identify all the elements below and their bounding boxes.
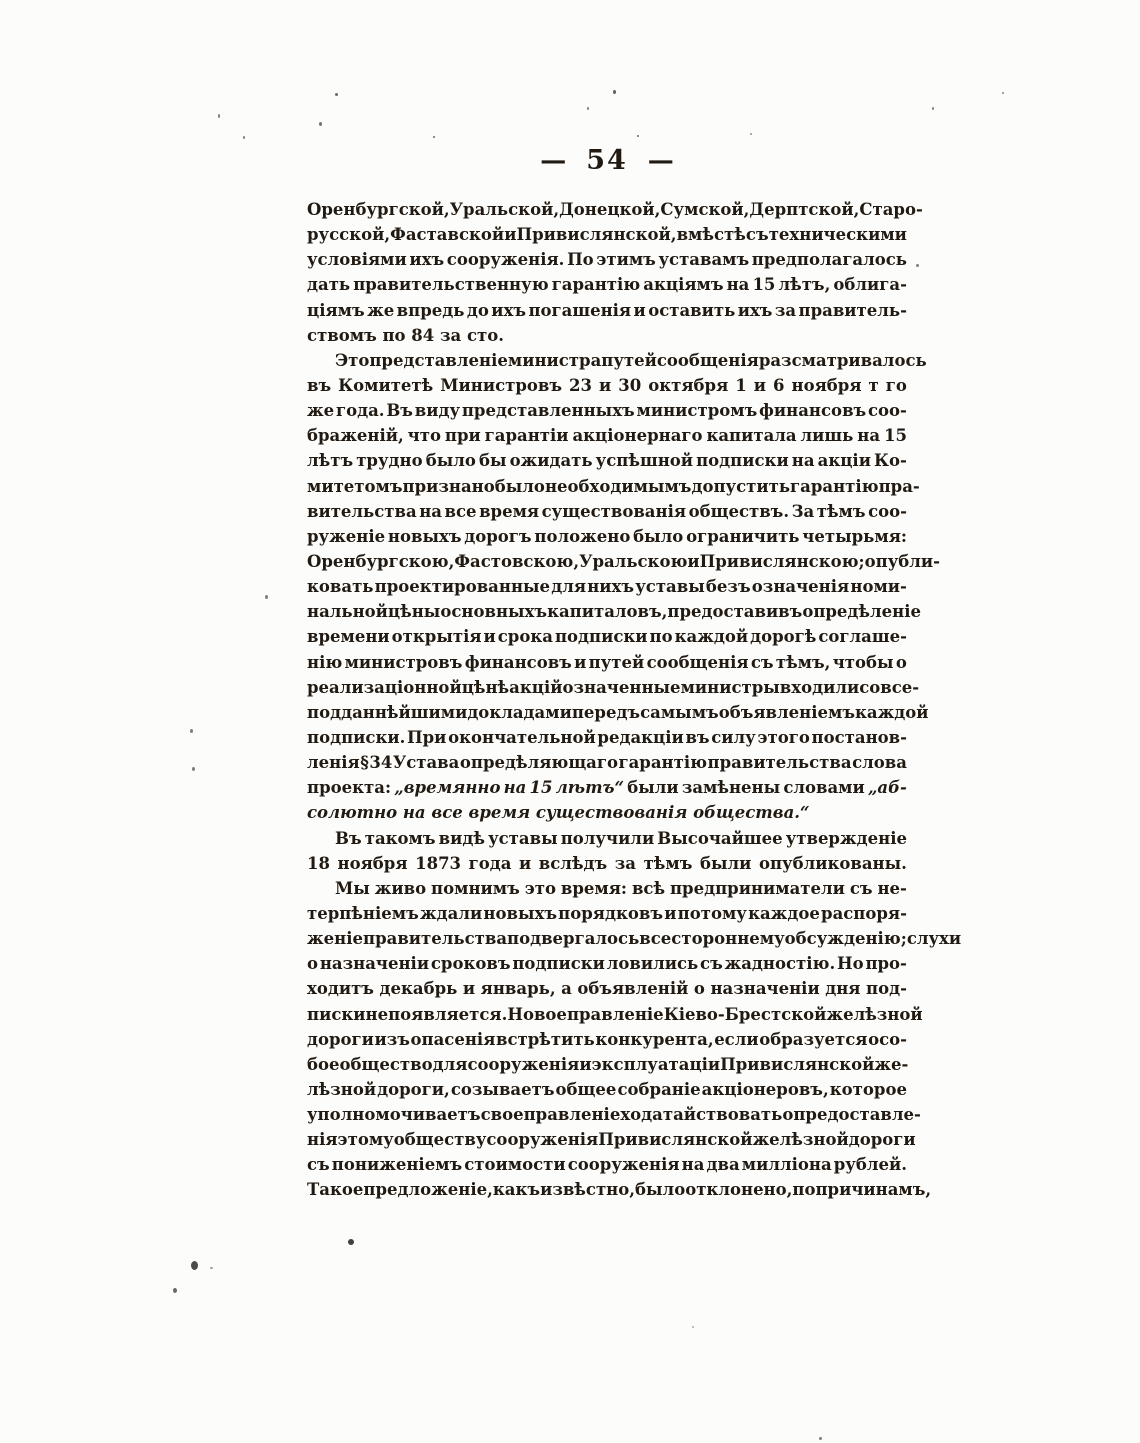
word: извѣстно, (540, 1177, 635, 1202)
word: за (615, 851, 636, 876)
word: получили (561, 826, 654, 851)
word: 1 (735, 373, 746, 398)
word: Новое (507, 1002, 567, 1027)
word: акціонеровъ, (702, 1077, 829, 1102)
word: вмѣстѣ (677, 222, 746, 247)
word: существованія (542, 499, 686, 524)
word: докладами (467, 700, 572, 725)
word: и (634, 298, 646, 323)
word: пра- (879, 474, 920, 499)
word: декабрь (380, 976, 458, 1001)
word: При (407, 725, 446, 750)
word: Это (335, 348, 369, 373)
word: Привислянской (598, 1127, 752, 1152)
ink-speck (218, 114, 220, 118)
word: предполагалось (752, 247, 907, 272)
word: подписки. (307, 725, 405, 750)
word: январь, (481, 976, 556, 1001)
word: предоставивъ (667, 599, 802, 624)
word: съ (751, 650, 774, 675)
word: положено (534, 524, 630, 549)
text-line: подписки.Приокончательнойредакціивъсилуэ… (307, 725, 907, 750)
word: номи- (850, 574, 907, 599)
word: 18 (307, 851, 330, 876)
word: желѣзной (826, 1002, 922, 1027)
ink-speck (433, 136, 435, 138)
word: этимъ (596, 247, 656, 272)
word: По (567, 247, 594, 272)
word: уполномочиваетъ (307, 1102, 481, 1127)
text-line: женіеправительстваподвергалосьвсесторонн… (307, 926, 907, 951)
word: предоставле- (793, 1102, 921, 1127)
word: Такое (307, 1177, 363, 1202)
word: съ (700, 951, 723, 976)
text-line: дорогиизъопасеніявстрѣтитьконкурента,есл… (307, 1027, 907, 1052)
word: ограничить (686, 524, 799, 549)
word: предложеніе, (363, 1177, 493, 1202)
word: впредь (397, 298, 465, 323)
text-line: ціямъжевпредьдоихъпогашеніяиоставитьихъз… (307, 298, 907, 323)
word: же (367, 298, 394, 323)
word: слухи (907, 926, 961, 951)
word: опасенія (411, 1027, 496, 1052)
word: про- (865, 951, 906, 976)
text-line: пискинепоявляется.НовоеправленіеКіево-Бр… (307, 1002, 907, 1027)
word: каждой (675, 624, 749, 649)
ink-speck (335, 93, 338, 96)
word: правительства (363, 926, 507, 951)
word: женіе (307, 926, 363, 951)
text-line: съпониженіемъстоимостисооруженіянадвамил… (307, 1152, 907, 1177)
word: соо- (868, 398, 907, 423)
word: виду (415, 398, 460, 423)
word: разсматривалось (759, 348, 927, 373)
text-line: Этопредставленіеминистрапутейсообщеніяра… (307, 348, 907, 373)
word: ихъ (491, 298, 526, 323)
word: Старо- (859, 197, 922, 222)
word: 34 (369, 750, 392, 775)
word: министромъ (637, 398, 758, 423)
word: погашенія (528, 298, 631, 323)
word: сооруженія. (447, 247, 565, 272)
word: и (579, 1052, 591, 1077)
word: 23 (569, 373, 592, 398)
word: и (484, 624, 496, 649)
word: акціи (818, 448, 871, 473)
word: министровъ (345, 650, 463, 675)
word: о (694, 976, 705, 1001)
word: и (664, 901, 676, 926)
word: всѣ (632, 876, 665, 901)
word: Оренбургской, (307, 197, 450, 222)
word: 1873 (415, 851, 461, 876)
word: гарантію (619, 750, 708, 775)
word: помнимъ (431, 876, 520, 901)
word: терпѣніемъ (307, 901, 419, 926)
word: Министровъ (440, 373, 562, 398)
word: гарантіи (485, 423, 569, 448)
text-line: 18ноября1873годаивслѣдъзатѣмъбылиопублик… (307, 851, 907, 876)
word: акціямъ (643, 272, 723, 297)
word: ціямъ (307, 298, 365, 323)
word: чтобы (833, 650, 894, 675)
word: дать (307, 272, 350, 297)
word: Донецкой, (559, 197, 660, 222)
word: какъ (493, 1177, 540, 1202)
word: октября (648, 373, 728, 398)
word: Ко- (874, 448, 907, 473)
word: оставить (648, 298, 735, 323)
word: Привислянской (720, 1052, 874, 1077)
word: обществъ. (689, 499, 790, 524)
word: акцій (509, 675, 562, 700)
word: которое (830, 1077, 907, 1102)
word: основныхъ (440, 599, 547, 624)
text-line: условіямиихъсооруженія.Поэтимъуставамъпр… (307, 247, 907, 272)
word: правитель- (799, 298, 907, 323)
word: за (775, 298, 796, 323)
word: осо- (868, 1027, 907, 1052)
word: нихъ (587, 574, 634, 599)
word: подписки (555, 624, 648, 649)
text-line: ВътакомъвидѣуставыполучилиВысочайшееутве… (307, 826, 907, 851)
word: путей (601, 348, 657, 373)
word: же- (874, 1052, 908, 1077)
word: Мы (335, 876, 370, 901)
ink-speck (210, 1267, 213, 1269)
word: опубликованы. (759, 851, 907, 876)
word: соглаше- (818, 624, 907, 649)
word: редакціи (597, 725, 683, 750)
word: новыхъ (388, 524, 462, 549)
word: „времянно (394, 775, 500, 800)
text-line: руженіеновыхъдорогъположенобылоограничит… (307, 524, 907, 549)
word: соо- (868, 499, 907, 524)
word: сообщенія (657, 348, 759, 373)
text-line: солютно на все время существованія общес… (307, 800, 907, 825)
text-line: оназначеніисроковъподпискиловилисьсъжадн… (307, 951, 907, 976)
word: эксплуатаціи (592, 1052, 721, 1077)
word: всестороннему (639, 926, 784, 951)
text-line: Такоепредложеніе,какъизвѣстно,былоотклон… (307, 1177, 907, 1202)
word: общество (340, 1052, 433, 1077)
ink-speck (916, 264, 919, 267)
word: министры (681, 675, 780, 700)
text-line: браженій,чтопригарантіиакціонернагокапит… (307, 423, 907, 448)
word: § (360, 750, 369, 775)
word: вительства (307, 499, 417, 524)
word: замѣнены (682, 775, 780, 800)
book-page-scan: — 54 — Оренбургской,Уральской,Донецкой,С… (0, 0, 1140, 1443)
text-line: нальнойцѣныосновныхъкапиталовъ,предостав… (307, 599, 907, 624)
ink-speck (348, 1239, 354, 1245)
word: видѣ (439, 826, 485, 851)
text-segment: солютно на все время существованія общес… (307, 803, 810, 822)
word: допустить (691, 474, 790, 499)
word: дороги (307, 1027, 374, 1052)
word: по (650, 624, 673, 649)
word: были (627, 775, 678, 800)
text-line: Мыживопомнимъэтовремя:всѣпредприниматели… (307, 876, 907, 901)
text-line: проекта:„времяннона15лѣтъ“былизамѣненысл… (307, 775, 907, 800)
word: финансовъ (465, 650, 572, 675)
word: Въ (386, 398, 413, 423)
word: время: (561, 876, 627, 901)
ink-speck (819, 1437, 822, 1440)
word: утвержденіе (786, 826, 907, 851)
word: сооруженія (486, 1127, 598, 1152)
word: если (714, 1027, 758, 1052)
text-line: русской,ФаставскойиПривислянской,вмѣстѣс… (307, 222, 907, 247)
word: ихъ (738, 298, 773, 323)
text-line: Оренбургской,Уральской,Донецкой,Сумской,… (307, 197, 907, 222)
word: нію (307, 650, 342, 675)
word: новыхъ (483, 901, 557, 926)
word: цѣнѣ (462, 675, 509, 700)
word: и (463, 976, 475, 1001)
word: встрѣтить (496, 1027, 595, 1052)
word: о (896, 650, 907, 675)
word: Дерптской, (749, 197, 859, 222)
word: назначеніи (710, 976, 819, 1001)
text-line: датьправительственнуюгарантіюакціямъна15… (307, 272, 907, 297)
word: проекта: (307, 775, 391, 800)
word: За (792, 499, 815, 524)
text-line: жегода.Въвидупредставленныхъминистромъфи… (307, 398, 907, 423)
word: Кіево-Брестской (664, 1002, 827, 1027)
word: съ (850, 876, 873, 901)
text-line: времениоткрытіяисрокаподпискипокаждойдор… (307, 624, 907, 649)
word: ноября (792, 373, 862, 398)
word: обществу (394, 1127, 487, 1152)
word: было (426, 448, 476, 473)
word: и (687, 549, 699, 574)
word: время (479, 499, 539, 524)
word: Уральской, (450, 197, 559, 222)
word: свое (481, 1102, 524, 1127)
word: входили (780, 675, 859, 700)
word: уставы (488, 826, 558, 851)
page-number: 54 (586, 144, 628, 178)
word: трудно (356, 448, 422, 473)
ink-speck (191, 1261, 198, 1270)
word: конкурента, (595, 1027, 713, 1052)
word: созываетъ (451, 1077, 555, 1102)
text-line: ленія§34Уставаопредѣляющагогарантіюправи… (307, 750, 907, 775)
word: а (561, 976, 572, 1001)
word: по (792, 1177, 815, 1202)
word: гарантію (552, 272, 641, 297)
word: такомъ (365, 826, 436, 851)
word: финансовъ (759, 398, 866, 423)
ink-speck (1002, 92, 1004, 94)
word: необходимымъ (545, 474, 692, 499)
word: при (445, 423, 481, 448)
word: было (633, 524, 683, 549)
word: дороги, (377, 1077, 450, 1102)
word: гарантію (790, 474, 879, 499)
word: общее (556, 1077, 617, 1102)
word: пониженіемъ (332, 1152, 462, 1177)
word: условіями (307, 247, 407, 272)
word: сроковъ (431, 951, 511, 976)
word: до (467, 298, 489, 323)
word: ожидать (510, 448, 593, 473)
word: обсужденію; (785, 926, 907, 951)
ink-speck (932, 107, 934, 110)
word: акціонернаго (572, 423, 702, 448)
word: опубли- (865, 549, 940, 574)
word: опредѣляющаго (460, 750, 618, 775)
word: тѣмъ (817, 499, 866, 524)
word: лѣтъ, (778, 272, 830, 297)
word: 15 (530, 775, 553, 800)
word: назначеніи (320, 951, 429, 976)
word: руженіе (307, 524, 385, 549)
word: Привислянской, (517, 222, 677, 247)
body-text-block: Оренбургской,Уральской,Донецкой,Сумской,… (307, 197, 907, 1203)
word: го (886, 373, 907, 398)
word: появляется. (388, 1002, 507, 1027)
word: объявленій (577, 976, 688, 1001)
word: дорогѣ (750, 624, 816, 649)
word: правительственную (353, 272, 548, 297)
word: подписки (696, 448, 789, 473)
text-segment: ствомъ по 84 за сто. (307, 326, 504, 345)
word: самымъ (640, 700, 719, 725)
word: слова (852, 750, 907, 775)
word: этого (757, 725, 809, 750)
word: признано (403, 474, 495, 499)
word: жадностію. (725, 951, 836, 976)
word: Устава (393, 750, 460, 775)
word: и (599, 373, 611, 398)
word: что (408, 423, 441, 448)
word: на (682, 1152, 705, 1177)
word: объявленіемъ (719, 700, 855, 725)
word: Но (837, 951, 864, 976)
word: опредѣленіе (802, 599, 921, 624)
word: на (792, 448, 815, 473)
word: потому (678, 901, 747, 926)
word: было (635, 1177, 685, 1202)
word: подданнѣйшими (307, 700, 467, 725)
word: цѣны (388, 599, 440, 624)
word: въ (307, 373, 331, 398)
word: правительства (708, 750, 852, 775)
ink-speck (243, 136, 245, 139)
word: митетомъ (307, 474, 403, 499)
word: года. (336, 398, 385, 423)
header-left-dash: — (540, 144, 566, 178)
word: русской, (307, 222, 390, 247)
word: распоря- (821, 901, 907, 926)
word: каждое (748, 901, 820, 926)
word: „аб- (868, 775, 907, 800)
word: дорогъ (464, 524, 531, 549)
word: желѣзной (752, 1127, 848, 1152)
ink-speck (587, 107, 589, 110)
ink-speck (750, 133, 752, 135)
word: о (782, 1102, 793, 1127)
text-line: реализаціоннойцѣнѣакційозначенныеминистр… (307, 675, 907, 700)
word: все- (880, 675, 919, 700)
text-line: подданнѣйшимидокладамипередъсамымъобъявл… (307, 700, 907, 725)
text-line: лѣтътруднобылобыожидатьуспѣшнойподпискин… (307, 448, 907, 473)
text-line: уполномочиваетъсвоеправленіеходатайствов… (307, 1102, 907, 1127)
word: безъ (706, 574, 751, 599)
word: лѣтъ“ (556, 775, 624, 800)
word: причинамъ, (815, 1177, 931, 1202)
word: изъ (375, 1027, 410, 1052)
word: ленія (307, 750, 360, 775)
word: 6 (773, 373, 784, 398)
word: нія (307, 1127, 338, 1152)
word: предприниматели (670, 876, 845, 901)
ink-speck (192, 767, 195, 771)
word: 15 (752, 272, 775, 297)
word: передъ (572, 700, 640, 725)
word: срока (498, 624, 553, 649)
word: въ (685, 725, 709, 750)
text-line: лѣзнойдороги,созываетъобщеесобраніеакціо… (307, 1077, 907, 1102)
word: и (754, 373, 766, 398)
word: дороги (849, 1127, 916, 1152)
word: для (433, 1052, 468, 1077)
text-line: Оренбургскою,Фастовскою,УральскоюиПривис… (307, 549, 907, 574)
word: нальной (307, 599, 388, 624)
text-line: митетомъпризнанобылонеобходимымъдопустит… (307, 474, 907, 499)
word: сооруженія (568, 1152, 680, 1177)
word: ходитъ (307, 976, 374, 1001)
word: подвергалось (507, 926, 639, 951)
word: милліона (742, 1152, 832, 1177)
word: ловились (607, 951, 698, 976)
word: 30 (618, 373, 641, 398)
word: Въ (335, 826, 362, 851)
word: Фастовскою, (454, 549, 579, 574)
word: на (727, 272, 750, 297)
word: для (551, 574, 586, 599)
word: облига- (833, 272, 907, 297)
word: проектированные (375, 574, 550, 599)
word: лѣзной (307, 1077, 376, 1102)
ink-speck (319, 122, 322, 126)
word: и (574, 650, 586, 675)
word: на (504, 775, 527, 800)
word: образуется (759, 1027, 867, 1052)
word: правленіе (524, 1102, 621, 1127)
word: стоимости (464, 1152, 565, 1177)
word: два (707, 1152, 740, 1177)
word: Оренбургскою, (307, 549, 454, 574)
word: были (700, 851, 751, 876)
text-line: боеобществодлясооруженіяиэксплуатаціиПри… (307, 1052, 907, 1077)
word: представленіе (369, 348, 508, 373)
word: означенія (752, 574, 849, 599)
word: Высочайшее (657, 826, 782, 851)
word: окончательной (448, 725, 596, 750)
word: о (307, 951, 318, 976)
word: лишь (801, 423, 854, 448)
word: каждой (855, 700, 929, 725)
word: подписки (512, 951, 605, 976)
word: четырьмя: (802, 524, 907, 549)
text-line: ствомъ по 84 за сто. (307, 323, 907, 348)
word: года (469, 851, 512, 876)
ink-speck (265, 595, 268, 599)
word: рублей. (834, 1152, 907, 1177)
